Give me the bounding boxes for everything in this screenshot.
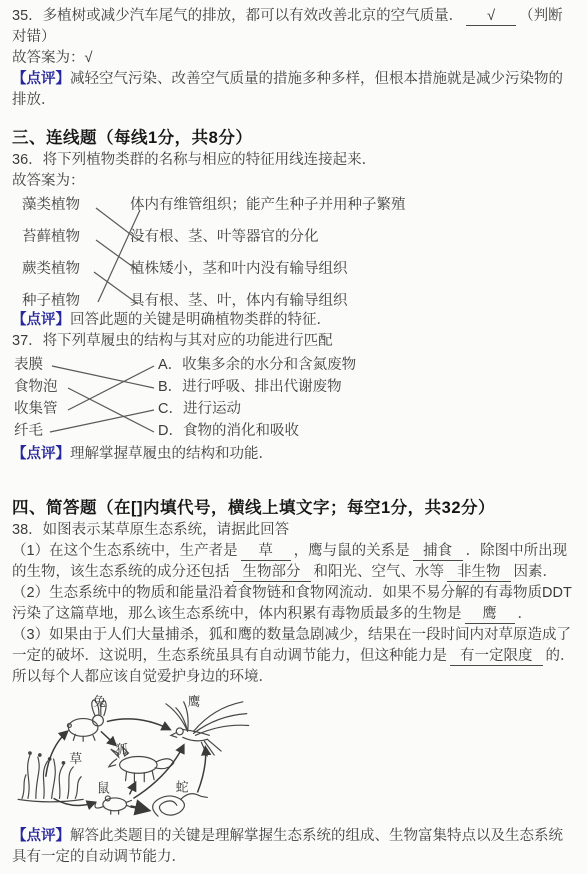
label-mouse: 鼠	[97, 780, 110, 795]
q35-statement: 35．多植树或减少汽车尾气的排放，都可以有效改善北京的空气质量．√（判断对错）	[12, 6, 577, 48]
match-line-moss	[96, 240, 140, 272]
label-fox: 狐	[116, 742, 129, 757]
q36-stem: 36．将下列植物类群的名称与相应的特征用线连接起来．	[12, 150, 577, 171]
q36-matching-block: 藻类植物 苔藓植物 蕨类植物 种子植物 体内有维管组织；能产生种子并用种子繁殖 …	[12, 194, 577, 310]
answer-blank: 鹰	[465, 606, 515, 624]
q36-match-lines	[12, 194, 572, 310]
arrow-mouse-to-fox	[129, 783, 135, 795]
answer-blank: √	[466, 8, 516, 26]
q35-answer: 故答案为：√	[12, 48, 577, 69]
arrow-grass-to-rabbit	[46, 731, 68, 776]
arrow-grass-to-mouse	[54, 798, 95, 805]
q36-answer-intro: 故答案为：	[12, 171, 577, 192]
section-3-heading: 三、连线题（每线1分，共8分）	[12, 127, 577, 150]
q37-stem: 37．将下列草履虫的结构与其对应的功能进行匹配	[12, 331, 577, 352]
answer-blank: 捕食	[413, 543, 463, 561]
q38-part-1: （1）在这个生态系统中，生产者是草，鹰与鼠的关系是捕食．除图中所出现的生物，该生…	[12, 541, 577, 583]
q38-part-3: （3）如果由于人们大量捕杀，狐和鹰的数量急剧减少，结果在一段时间内对草原造成了一…	[12, 625, 577, 688]
q38-comment-text: 解答此类题目的关键是理解掌握生态系统的组成、生物富集特点以及生态系统具有一定的自…	[12, 828, 563, 865]
answer-blank: 有一定限度	[450, 648, 543, 666]
worksheet-page: 35．多植树或减少汽车尾气的排放，都可以有效改善北京的空气质量．√（判断对错） …	[0, 0, 587, 874]
label-rabbit: 兔	[93, 694, 106, 709]
q36-comment: 【点评】回答此题的关键是明确植物类群的特征．	[12, 310, 577, 331]
answer-blank: 非生物	[447, 564, 511, 582]
q35-comment: 【点评】减轻空气污染、改善空气质量的措施多种多样，但根本措施就是减少污染物的排放…	[12, 69, 577, 111]
food-web-diagram: 兔 鹰 草 狐 鼠 蛇	[12, 690, 312, 826]
comment-label: 【点评】	[12, 446, 70, 462]
text-segment: 和阳光、空气、水等	[314, 564, 445, 580]
comment-label: 【点评】	[12, 828, 70, 844]
text-segment: （1）在这个生态系统中，生产者是	[12, 543, 238, 559]
q38-part-2: （2）生态系统中的物质和能量沿着食物链和食物网流动．如果不易分解的有毒物质DDT…	[12, 583, 577, 625]
label-eagle: 鹰	[188, 694, 201, 709]
label-grass: 草	[69, 751, 82, 766]
match-line-pellicle	[52, 366, 154, 388]
label-snake: 蛇	[176, 780, 189, 795]
q36-comment-text: 回答此题的关键是明确植物类群的特征．	[70, 312, 331, 328]
q37-comment: 【点评】理解掌握草履虫的结构和功能．	[12, 444, 577, 465]
arrow-rabbit-to-eagle	[107, 719, 170, 730]
text-segment: ，鹰与鼠的关系是	[294, 543, 410, 559]
arrow-rabbit-to-fox	[101, 731, 116, 745]
comment-label: 【点评】	[12, 71, 70, 87]
q37-match-lines	[12, 356, 572, 444]
match-line-seed-plant	[98, 210, 140, 302]
comment-label: 【点评】	[12, 312, 70, 328]
q37-comment-text: 理解掌握草履虫的结构和功能．	[70, 446, 273, 462]
mouse-illustration	[95, 796, 131, 814]
q35-comment-text: 减轻空气污染、改善空气质量的措施多种多样，但根本措施就是减少污染物的排放．	[12, 71, 563, 108]
q38-stem: 38．如图表示某草原生态系统，请据此回答	[12, 520, 577, 541]
text-segment: ．	[518, 606, 533, 622]
match-line-algae	[96, 208, 138, 240]
q38-comment: 【点评】解答此类题目的关键是理解掌握生态系统的组成、生物富集特点以及生态系统具有…	[12, 826, 577, 868]
q37-matching-block: 表膜 食物泡 收集管 纤毛 A．收集多余的水分和含氮废物 B．进行呼吸、排出代谢…	[12, 356, 577, 444]
text-segment: 35．多植树或减少汽车尾气的排放，都可以有效改善北京的空气质量．	[12, 8, 463, 24]
match-line-cilia	[50, 410, 154, 432]
eagle-illustration	[166, 702, 249, 756]
arrow-mouse-to-snake	[130, 806, 148, 810]
answer-blank: 生物部分	[233, 564, 311, 582]
snake-illustration	[153, 794, 208, 816]
arrow-snake-to-eagle	[197, 747, 205, 792]
section-4-heading: 四、简答题（在[]内填代号，横线上填文字；每空1分，共32分）	[12, 497, 577, 520]
match-line-fern	[94, 272, 138, 304]
answer-blank: 草	[241, 543, 291, 561]
text-segment: 因素．	[514, 564, 558, 580]
